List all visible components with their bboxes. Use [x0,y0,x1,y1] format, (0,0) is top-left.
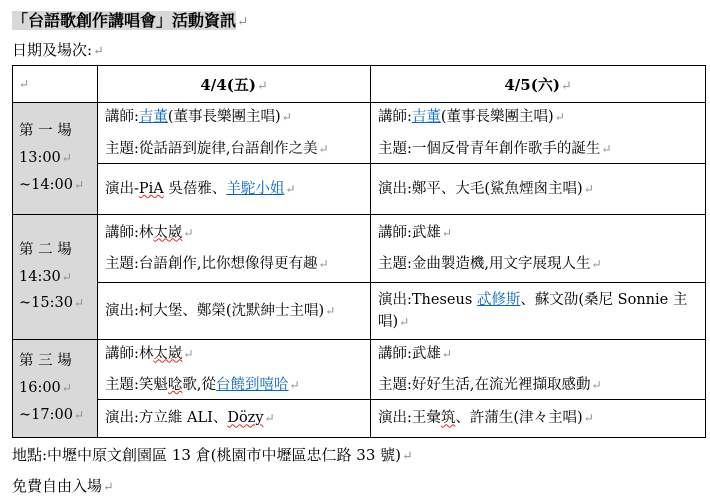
lecturer-line: 講師:武雄↵ [378,343,698,365]
session3-day2-lecturer-topic-cell: 講師:武雄↵ 主題:好好生活,在流光裡擷取感動↵ [371,340,706,400]
text-run: 主題:一個反骨青年創作歌手的誕生 [378,141,600,157]
text-run: 演出:柯大堡、鄭榮(沈默紳士主唱) [105,303,324,319]
session1-top-row: 第 一 場 13:00↵ ~14:00↵ 講師:吉董(董事長樂團主唱)↵ 主題:… [13,103,706,164]
text-run: 日期及場次: [12,41,92,59]
performance-line: 演出:柯大堡、鄭榮(沈默紳士主唱)↵ [105,300,363,322]
paragraph-mark-icon: ↵ [554,110,565,124]
admission-line: 免費自由入場↵ [12,473,710,499]
lecturer-line: 講師:吉董(董事長樂團主唱)↵ [105,106,363,128]
text-run: 主題:台語創作,比你想像得更有趣 [105,256,318,272]
text-run: ~17:00 [19,407,73,423]
performance-line: 演出-PiA 吳蓓雅、羊駝小姐↵ [105,178,363,200]
session1-day1-lecturer-topic-cell: 講師:吉董(董事長樂團主唱)↵ 主題:從話語到旋律,台語創作之美↵ [98,103,371,164]
corner-cell: ↵ [13,66,98,103]
paragraph-mark-icon: ↵ [583,411,594,425]
text-run: (董事長樂團主唱) [441,109,554,125]
lecturer-line: 講師:吉董(董事長樂團主唱)↵ [378,106,698,128]
topic-line: 主題:從話語到旋律,台語創作之美↵ [105,138,363,160]
hyperlink-text[interactable]: 吉董 [412,109,441,125]
paragraph-mark-icon: ↵ [73,178,84,192]
text-run: 14:30 [19,269,61,285]
session-end-time: ~14:00↵ [19,172,90,199]
performance-line: 演出:Theseus 忒修斯、蘇文劭(桑尼 Sonnie 主唱)↵ [378,289,698,334]
topic-line: 主題:笑魁唸歌,從台饒到嘻哈↵ [105,374,363,396]
misspelled-text: Dözy [227,410,263,426]
performance-line: 演出:鄭平、大毛(鯊魚煙囪主唱)↵ [378,178,698,200]
text-run: 講師: [105,109,139,125]
session3-day1-lecturer-topic-cell: 講師:林太崴↵ 主題:笑魁唸歌,從台饒到嘻哈↵ [98,340,371,400]
paragraph-mark-icon: ↵ [92,44,104,59]
misspelled-text: 筑 [441,410,456,426]
document-title: 「台語歌創作講唱會」活動資訊↵ [12,9,710,33]
paragraph-mark-icon: ↵ [324,304,335,318]
text-run: 演出:王彙 [378,410,441,426]
session2-top-row: 第 二 場 14:30↵ ~15:30↵ 講師:林太崴↵ 主題:台語創作,比你想… [13,215,706,283]
text-run: 歌,從 [182,377,216,393]
paragraph-mark-icon: ↵ [182,347,193,361]
session1-day2-lecturer-topic-cell: 講師:吉董(董事長樂團主唱)↵ 主題:一個反骨青年創作歌手的誕生↵ [371,103,706,164]
performance-line: 演出:方立維 ALI、Dözy↵ [105,407,363,429]
session2-day2-performance-cell: 演出:Theseus 忒修斯、蘇文劭(桑尼 Sonnie 主唱)↵ [371,283,706,340]
topic-line: 主題:一個反骨青年創作歌手的誕生↵ [378,138,698,160]
paragraph-mark-icon: ↵ [284,182,295,196]
text-run: 第 一 場 [19,123,72,139]
misspelled-text: 太崴 [153,346,182,362]
text-run: 16:00 [19,380,61,396]
text-run: 4/4(五) [200,76,256,94]
paragraph-mark-icon: ↵ [236,14,248,30]
paragraph-mark-icon: ↵ [318,257,329,271]
lecturer-line: 講師:林太崴↵ [105,343,363,365]
text-run: 講師: [378,109,412,125]
text-run: 講師:武雄 [378,346,441,362]
schedule-table: ↵ 4/4(五)↵ 4/5(六)↵ 第 一 場 13:00↵ ~14:00↵ 講… [12,65,706,438]
hyperlink-text[interactable]: 羊駝小姐 [226,181,284,197]
session3-day2-performance-cell: 演出:王彙筑、許蒲生(津々主唱)↵ [371,400,706,438]
session-start-time: 13:00↵ [19,145,90,172]
text-run: ~15:30 [19,295,73,311]
paragraph-mark-icon: ↵ [318,142,329,156]
paragraph-mark-icon: ↵ [61,270,72,284]
text-run: 主題:好好生活,在流光裡擷取感動 [378,377,591,393]
text-run: 主題:金曲製造機,用文字展現人生 [378,256,591,272]
paragraph-mark-icon: ↵ [289,378,300,392]
session-end-time: ~17:00↵ [19,402,90,429]
text-run: 吳蓓雅、 [164,181,227,197]
text-run: ~14:00 [19,177,73,193]
paragraph-mark-icon: ↵ [591,257,602,271]
text-run: 演出:方立維 ALI、 [105,410,227,426]
session-name: 第 一 場 [19,118,90,145]
hyperlink-text[interactable]: 忒修斯 [477,292,521,308]
paragraph-mark-icon: ↵ [182,226,193,240]
performance-line: 演出:王彙筑、許蒲生(津々主唱)↵ [378,407,698,429]
misspelled-text: 太崴 [153,225,182,241]
paragraph-mark-icon: ↵ [441,226,452,240]
location-line: 地點:中壢中原文創園區 13 倉(桃園市中壢區忠仁路 33 號)↵ [12,442,710,469]
session2-day2-lecturer-topic-cell: 講師:武雄↵ 主題:金曲製造機,用文字展現人生↵ [371,215,706,283]
date-header-day1: 4/4(五)↵ [98,66,371,103]
text-run: 演出- [105,181,139,197]
paragraph-mark-icon: ↵ [18,77,29,91]
misspelled-text: 唸 [168,377,183,393]
session3-label-cell: 第 三 場 16:00↵ ~17:00↵ [13,340,98,438]
session3-performance-row: 演出:方立維 ALI、Dözy↵ 演出:王彙筑、許蒲生(津々主唱)↵ [13,400,706,438]
text-run: 第 二 場 [19,242,72,258]
lecturer-line: 講師:武雄↵ [378,222,698,244]
text-run: 講師:林 [105,346,153,362]
highlighted-title-text: 「台語歌創作講唱會」活動資訊 [12,11,236,30]
document-page: 「台語歌創作講唱會」活動資訊↵ 日期及場次:↵ ↵ 4/4(五)↵ 4/5(六)… [0,0,710,499]
session-name: 第 三 場 [19,348,90,375]
text-run: 4/5(六) [504,76,560,94]
session2-day1-performance-cell: 演出:柯大堡、鄭榮(沈默紳士主唱)↵ [98,283,371,340]
text-run: 主題:從話語到旋律,台語創作之美 [105,141,318,157]
paragraph-mark-icon: ↵ [256,79,268,94]
session-start-time: 14:30↵ [19,264,90,291]
hyperlink-text[interactable]: 吉董 [139,109,168,125]
hyperlink-text[interactable]: 台饒到嘻哈 [216,377,289,393]
paragraph-mark-icon: ↵ [281,110,292,124]
session-end-time: ~15:30↵ [19,290,90,317]
session2-label-cell: 第 二 場 14:30↵ ~15:30↵ [13,215,98,340]
session2-day1-lecturer-topic-cell: 講師:林太崴↵ 主題:台語創作,比你想像得更有趣↵ [98,215,371,283]
text-run: 演出:Theseus [378,292,477,308]
session1-day1-performance-cell: 演出-PiA 吳蓓雅、羊駝小姐↵ [98,164,371,215]
session2-performance-row: 演出:柯大堡、鄭榮(沈默紳士主唱)↵ 演出:Theseus 忒修斯、蘇文劭(桑尼… [13,283,706,340]
topic-line: 主題:金曲製造機,用文字展現人生↵ [378,253,698,275]
paragraph-mark-icon: ↵ [441,347,452,361]
topic-line: 主題:台語創作,比你想像得更有趣↵ [105,253,363,275]
misspelled-text: PiA [139,181,164,197]
paragraph-mark-icon: ↵ [61,381,72,395]
paragraph-mark-icon: ↵ [264,411,275,425]
text-run: (董事長樂團主唱) [168,109,281,125]
topic-line: 主題:好好生活,在流光裡擷取感動↵ [378,374,698,396]
paragraph-mark-icon: ↵ [73,296,84,310]
text-run: 講師:武雄 [378,225,441,241]
paragraph-mark-icon: ↵ [591,378,602,392]
paragraph-mark-icon: ↵ [583,182,594,196]
paragraph-mark-icon: ↵ [102,480,114,495]
session3-day1-performance-cell: 演出:方立維 ALI、Dözy↵ [98,400,371,438]
session1-label-cell: 第 一 場 13:00↵ ~14:00↵ [13,103,98,215]
date-header-day2: 4/5(六)↵ [371,66,706,103]
text-run: 講師:林 [105,225,153,241]
lecturer-line: 講師:林太崴↵ [105,222,363,244]
text-run: 演出:鄭平、大毛(鯊魚煙囪主唱) [378,181,583,197]
paragraph-mark-icon: ↵ [600,142,611,156]
paragraph-mark-icon: ↵ [73,408,84,422]
text-run: 13:00 [19,150,61,166]
session1-day2-performance-cell: 演出:鄭平、大毛(鯊魚煙囪主唱)↵ [371,164,706,215]
session1-performance-row: 演出-PiA 吳蓓雅、羊駝小姐↵ 演出:鄭平、大毛(鯊魚煙囪主唱)↵ [13,164,706,215]
paragraph-mark-icon: ↵ [401,449,413,464]
paragraph-mark-icon: ↵ [398,315,409,329]
session3-top-row: 第 三 場 16:00↵ ~17:00↵ 講師:林太崴↵ 主題:笑魁唸歌,從台饒… [13,340,706,400]
session-name: 第 二 場 [19,237,90,264]
table-header-row: ↵ 4/4(五)↵ 4/5(六)↵ [13,66,706,103]
session-start-time: 16:00↵ [19,375,90,402]
text-run: 主題:笑魁 [105,377,168,393]
text-run: 第 三 場 [19,353,72,369]
text-run: 免費自由入場 [12,477,102,495]
paragraph-mark-icon: ↵ [560,79,572,94]
text-run: 地點:中壢中原文創園區 13 倉(桃園市中壢區忠仁路 33 號) [12,446,401,464]
paragraph-mark-icon: ↵ [61,151,72,165]
section-label-dates: 日期及場次:↵ [12,39,710,60]
text-run: 、許蒲生(津々主唱) [455,410,582,426]
